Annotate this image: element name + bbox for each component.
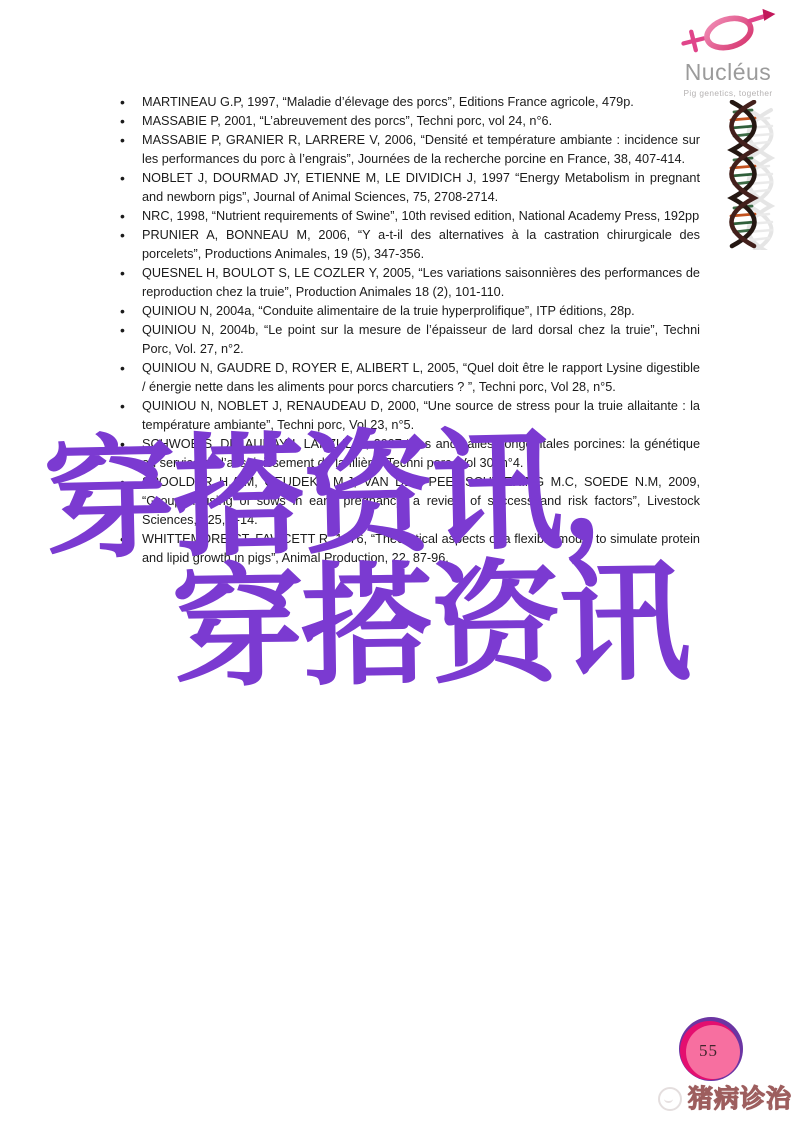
male-female-gender-symbol-icon [680,8,776,58]
nucleus-logo: Nucléus Pig genetics, together [672,8,784,98]
reference-item: MASSABIE P, GRANIER R, LARRERE V, 2006, … [142,131,700,169]
stamp-text: 猪病诊治 [688,1079,792,1115]
reference-item: QUINIOU N, 2004b, “Le point sur la mesur… [142,321,700,359]
page-number-badge: 55 [679,1017,743,1081]
watermark-line-2: 穿搭资讯 [171,556,689,695]
logo-tagline: Pig genetics, together [672,88,784,98]
dna-double-helix-icon [718,100,788,250]
reference-item: NRC, 1998, “Nutrient requirements of Swi… [142,207,700,226]
reference-item: QUINIOU N, GAUDRE D, ROYER E, ALIBERT L,… [142,359,700,397]
reference-item: MASSABIE P, 2001, “L’abreuvement des por… [142,112,700,131]
reference-item: QUINIOU N, 2004a, “Conduite alimentaire … [142,302,700,321]
reference-item: NOBLET J, DOURMAD JY, ETIENNE M, LE DIVI… [142,169,700,207]
page-number: 55 [699,1041,718,1061]
logo-name: Nucléus [672,59,784,86]
document-page: Nucléus Pig genetics, together [0,0,794,1123]
reference-item: PRUNIER A, BONNEAU M, 2006, “Y a-t-il de… [142,226,700,264]
reference-item: QUESNEL H, BOULOT S, LE COZLER Y, 2005, … [142,264,700,302]
circular-logo-icon [658,1087,682,1111]
stamp: 猪病诊治 [658,1079,792,1115]
reference-item: MARTINEAU G.P, 1997, “Maladie d’élevage … [142,93,700,112]
